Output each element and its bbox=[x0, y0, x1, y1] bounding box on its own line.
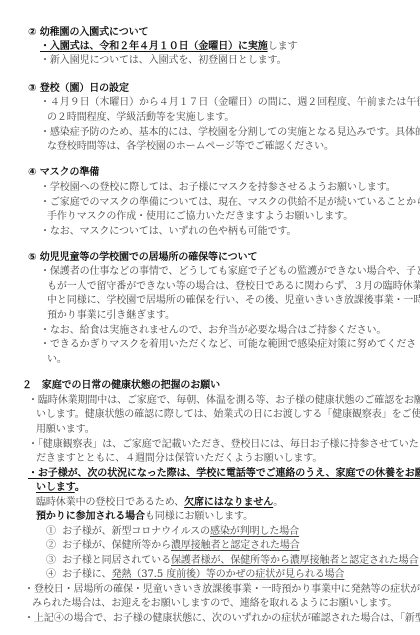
mask-item2-line2: 手作りマスクの作成・使用にご協力いただきますようお願いします。 bbox=[47, 210, 353, 224]
case-underlined: 発熱（37.5 度前後）等のかぜの症状が見られる場合 bbox=[112, 569, 345, 580]
health-p4-end: 。 bbox=[273, 497, 283, 508]
health-p5-bold: 預かりに参加される場合 bbox=[36, 511, 145, 522]
section-heading-mask: ④ マスクの準備 bbox=[28, 166, 99, 180]
school-days-item1-line2: の２時間程度、学級活動等を実施します。 bbox=[47, 111, 234, 125]
mask-item1: ・学校園への登校に際しては、お子様にマスクを持参させるようお願いします。 bbox=[40, 181, 396, 195]
childcare-item1-line2: もが一人で留守番ができない等の場合は、登校日であるに関わらず、３月の臨時休業 bbox=[47, 280, 420, 294]
section-heading-entrance-ceremony: ② 幼稚園の入園式について bbox=[28, 26, 148, 40]
health-p5-rest: も同様にお願いします。 bbox=[145, 511, 253, 522]
childcare-item1-line1: ・保護者の仕事などの事情で、どうしても家庭で子どもの監護ができない場合や、子ど bbox=[40, 265, 420, 279]
school-days-item2-line2: な登校時間等は、各学校園のホームページ等でご確認ください。 bbox=[47, 140, 334, 154]
entrance-ceremony-date-rest: します bbox=[268, 41, 298, 52]
health-p6-line1: ・登校日・居場所の確保・児童いきいき放課後事業・一時預かり事業中に発熱等の症状が bbox=[24, 583, 420, 597]
entrance-ceremony-date-bold: ・入園式は、令和２年４月１０日（金曜日）に実施 bbox=[40, 41, 268, 52]
section-heading-health-check: ２ 家庭での日常の健康状態の把握のお願い bbox=[22, 379, 220, 393]
case-item-4: ④ お子様に、発熱（37.5 度前後）等のかぜの症状が見られる場合 bbox=[46, 568, 344, 582]
childcare-item3-line1: ・できるかぎりマスクを着用いただくなど、可能な範囲で感染症対策に努めてくださ bbox=[40, 338, 416, 352]
childcare-item1-line3: 中と同様に、学校園で居場所の確保を行い、その後、児童いきいき放課後事業・一時 bbox=[47, 294, 420, 308]
health-p3-line2-end: 。 bbox=[75, 482, 85, 493]
case-number: ④ bbox=[46, 569, 56, 580]
case-underlined: 濃厚接触者と認定された場合 bbox=[171, 540, 300, 551]
health-p5: 預かりに参加される場合も同様にお願いします。 bbox=[36, 510, 253, 524]
case-number: ③ bbox=[46, 555, 56, 566]
case-item-3: ③ お子様と同居されている保護者様が、保健所等から濃厚接触者と認定された場合 bbox=[46, 554, 418, 568]
health-p2-line1: ・「健康観察表」は、ご家庭で記載いただき、登校日には、毎日お子様に持参させていた bbox=[28, 438, 419, 452]
case-pre: お子様と同居されている bbox=[62, 555, 171, 566]
childcare-item3-line2: い。 bbox=[47, 353, 67, 367]
case-pre: お子様が、保健所等から bbox=[62, 540, 171, 551]
case-underlined: 感染が判明した場合 bbox=[210, 526, 299, 537]
section-heading-childcare: ⑤ 幼児児童等の学校園での居場所の確保等について bbox=[28, 251, 257, 265]
health-p7-line1: ・上記④の場合で、お子様の健康状態に、次のいずれかの症状が確認された場合は、「新… bbox=[24, 612, 420, 626]
health-p3-line1: ・お子様が、次の状況になった際は、学校に電話等でご連絡のうえ、家庭での休養をお願 bbox=[28, 467, 420, 481]
health-p1-line1: ・臨時休業期間中は、ご家庭で、毎朝、体温を測る等、お子様の健康状態のご確認をお願 bbox=[28, 394, 420, 408]
new-student-note: ・新入園児については、入園式を、初登園日とします。 bbox=[40, 54, 287, 68]
school-days-item1-line1: ・４月９日（木曜日）から４月１７日（金曜日）の間に、週２回程度、午前または午後 bbox=[40, 96, 420, 110]
case-number: ② bbox=[46, 540, 56, 551]
case-pre: お子様が、新型コロナウイルスの bbox=[62, 526, 210, 537]
health-p1-line2: いします。健康状態の確認に際しては、始業式の日にお渡しする「健康観察表」をご使 bbox=[36, 408, 420, 422]
mask-item2-line1: ・ご家庭でのマスクの準備については、現在、マスクの供給不足が続いていることから、 bbox=[40, 196, 420, 210]
health-p1-line3: 用願います。 bbox=[36, 423, 95, 437]
case-item-2: ② お子様が、保健所等から濃厚接触者と認定された場合 bbox=[46, 539, 300, 553]
case-pre: お子様に、 bbox=[62, 569, 112, 580]
health-p4: 臨時休業中の登校日であるため、欠席にはなりません。 bbox=[36, 496, 283, 510]
childcare-item1-line4: 預かり事業に引き継ぎます。 bbox=[47, 309, 175, 323]
section-heading-school-days: ③ 登校（園）日の設定 bbox=[28, 82, 129, 96]
health-p4-bold: 欠席にはなりません bbox=[184, 497, 273, 508]
health-p3-line2: いします。 bbox=[36, 481, 85, 495]
health-p2-line2: だきますとともに、４週間分は保管いただくようお願いします。 bbox=[36, 452, 322, 466]
document-page: ② 幼稚園の入園式について ・入園式は、令和２年４月１０日（金曜日）に実施します… bbox=[0, 0, 420, 635]
case-item-1: ① お子様が、新型コロナウイルスの感染が判明した場合 bbox=[46, 525, 299, 539]
case-number: ① bbox=[46, 526, 56, 537]
health-p6-line2: みられた場合は、お迎えをお願いしますので、連絡を取れるようにお願いします。 bbox=[32, 597, 397, 611]
health-p3-line2-bold: いします bbox=[36, 482, 75, 493]
health-p4-pre: 臨時休業中の登校日であるため、 bbox=[36, 497, 184, 508]
childcare-item2: ・なお、給食は実施されませんので、お弁当が必要な場合はご持参ください。 bbox=[40, 324, 386, 338]
school-days-item2-line1: ・感染症予防のため、基本的には、学校園を分割しての実施となる見込みです。具体的 bbox=[40, 126, 420, 140]
mask-item3: ・なお、マスクについては、いずれの色や柄も可能です。 bbox=[40, 225, 296, 239]
case-underlined: 保護者様が、保健所等から濃厚接触者と認定された場合 bbox=[171, 555, 419, 566]
entrance-ceremony-date: ・入園式は、令和２年４月１０日（金曜日）に実施します bbox=[40, 40, 297, 54]
